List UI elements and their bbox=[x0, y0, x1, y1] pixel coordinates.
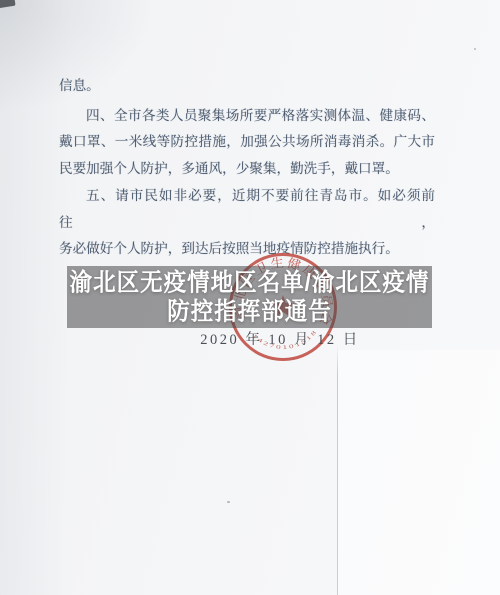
paper-speck bbox=[474, 48, 476, 50]
notice-line: 四、全市各类人员聚集场所要严格落实测体温、健康码、 bbox=[59, 103, 435, 130]
notice-line: 民要加强个人防护，多通风，少聚集，勤洗手，戴口罩。 bbox=[59, 156, 435, 183]
scanned-notice-photo: 信息。 四、全市各类人员聚集场所要严格落实测体温、健康码、 戴口罩、一米线等防控… bbox=[0, 0, 500, 595]
paper-speck bbox=[227, 501, 230, 503]
notice-date: 2020 年 10 月 12 日 bbox=[180, 328, 380, 349]
caption-title-line-1: 渝北区无疫情地区名单/渝北区疫情 bbox=[70, 267, 430, 298]
caption-title-line-2: 防控指挥部通告 bbox=[167, 296, 332, 327]
paper-fold-highlight bbox=[338, 350, 500, 595]
notice-body-text: 信息。 四、全市各类人员聚集场所要严格落实测体温、健康码、 戴口罩、一米线等防控… bbox=[59, 73, 435, 263]
notice-line: 戴口罩、一米线等防控措施，加强公共场所消毒消杀。广大市 bbox=[59, 129, 435, 156]
paper-fold-line bbox=[337, 345, 338, 595]
notice-line: 信息。 bbox=[59, 73, 435, 100]
scan-corner-artifact bbox=[0, 0, 16, 8]
caption-overlay: 渝北区无疫情地区名单/渝北区疫情 防控指挥部通告 bbox=[67, 266, 432, 328]
notice-line: 五、请市民如非必要，近期不要前往青岛市。如必须前往， bbox=[59, 183, 435, 236]
